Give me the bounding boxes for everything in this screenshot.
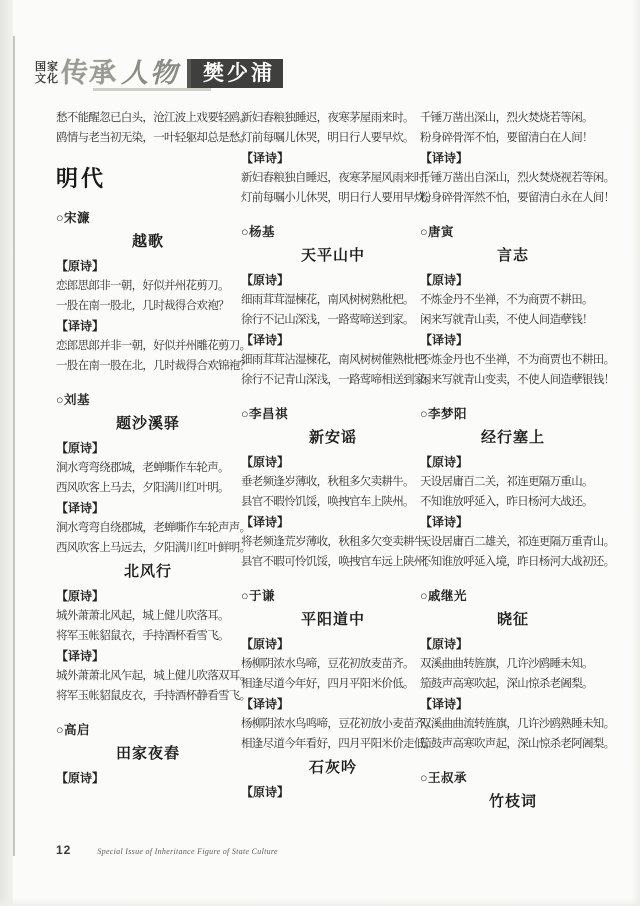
poem-line: 天设居庸百二雄关，祁连更隔万重青山。	[420, 532, 606, 552]
poem-line: 鸥情与老当初无染，一叶轻躯却总是愁。	[56, 128, 240, 148]
poem-section-label: 【原诗】	[420, 452, 606, 472]
scan-binding-line	[13, 36, 15, 856]
masthead-logo: 国家 文化 传承 人物 樊少浦	[35, 52, 283, 94]
poem-line: 笳鼓声高寒吹声起，深山惊杀老阿阇梨。	[420, 734, 606, 754]
poem-section-label: 【译诗】	[56, 646, 240, 666]
poem-line: 双溪曲曲流转旌旗，几许沙鸥熟睡未知。	[420, 714, 606, 734]
poem-title: 竹枝词	[420, 790, 606, 814]
poem-line: 千锤万凿出自深山，烈火焚烧视若等闲。	[420, 168, 606, 188]
poem-line: 不知谁放呼延入境，昨日杨河大战初还。	[420, 552, 606, 572]
poem-line: 细雨茸茸沾湿楝花，南风树树催熟枇杷。	[241, 350, 425, 370]
poem-line: 闲来写就青山卖，不使人间造孽钱！	[420, 310, 606, 330]
poem-line: 细雨茸茸湿楝花，南风树树熟枇杷。	[241, 290, 425, 310]
poet-name: ○王叔承	[420, 768, 606, 788]
poem-line: 千锤万凿出深山，烈火焚烧若等闲。	[420, 108, 606, 128]
poem-section-label: 【原诗】	[241, 452, 425, 472]
poem-section-label: 【原诗】	[420, 270, 606, 290]
scan-edge-left	[0, 0, 13, 906]
poem-line: 新妇舂粮独自睡迟，夜寒茅屋风雨来时。	[241, 168, 425, 188]
poem-section-label: 【原诗】	[420, 634, 606, 654]
poem-line: 杨柳阴浓水鸟鸣啼，豆花初放小麦苗齐。	[241, 714, 425, 734]
poet-name: ○戚继光	[420, 586, 606, 606]
logo-subtitle-bar	[93, 88, 211, 91]
poem-line: 徐行不记青山深浅，一路莺啼相送到家。	[241, 370, 425, 390]
poem-title: 北风行	[56, 560, 240, 584]
poet-name: ○李昌祺	[241, 404, 425, 424]
poem-line: 徐行不记山深浅，一路莺啼送到家。	[241, 310, 425, 330]
poem-line: 县官不暇怜饥馁，唤拽官车上陕州。	[241, 492, 425, 512]
poem-line: 城外萧萧北风乍起，城上健儿吹落双耳。	[56, 666, 240, 686]
poem-line: 将军玉帐貂鼠衣，手持酒杯看雪飞。	[56, 626, 240, 646]
poem-line: 粉身碎骨浑然不怕，要留清白永在人间！	[420, 188, 606, 208]
poem-line: 一股在南一股北，几时裁得合欢袍？	[56, 296, 240, 316]
poet-name: ○宋濂	[56, 208, 240, 228]
poem-line: 垂老频逢岁薄收，秋租多欠卖耕牛。	[241, 472, 425, 492]
poem-section-label: 【原诗】	[56, 768, 240, 788]
poem-section-label: 【译诗】	[420, 330, 606, 350]
poem-section-label: 【译诗】	[420, 148, 606, 168]
poem-section-label: 【原诗】	[56, 256, 240, 276]
scanned-page: 国家 文化 传承 人物 樊少浦 愁不能醒忽已白头，沧江波上戏要轻鸥。鸥情与老当初…	[0, 0, 640, 906]
poem-title: 题沙溪驿	[56, 412, 240, 436]
scan-edge-right	[632, 0, 640, 906]
poem-section-label: 【原诗】	[241, 270, 425, 290]
poem-section-label: 【译诗】	[241, 694, 425, 714]
poem-line: 不炼金丹不坐禅，不为商贾不耕田。	[420, 290, 606, 310]
poet-name: ○高启	[56, 720, 240, 740]
poem-line: 不知谁放呼延入，昨日杨河大战还。	[420, 492, 606, 512]
poem-line: 相逢尽道今年看好，四月平阳米价走低。	[241, 734, 425, 754]
poem-line: 将老频逢荒岁薄收，秋租多欠变卖耕牛。	[241, 532, 425, 552]
poem-section-label: 【译诗】	[420, 512, 606, 532]
poem-line: 涧水弯弯绕郡城，老蝉嘶作车轮声。	[56, 458, 240, 478]
poem-title: 晓征	[420, 608, 606, 632]
poem-title: 田家夜舂	[56, 742, 240, 766]
poem-line: 相逢尽道今年好，四月平阳米价低。	[241, 674, 425, 694]
poem-line: 灯前每嘱小儿休哭，明日行人要用早炊。	[241, 188, 425, 208]
dynasty-heading: 明代	[56, 164, 240, 194]
logo-country-culture: 国家 文化	[35, 61, 59, 85]
poem-section-label: 【原诗】	[56, 586, 240, 606]
footer-page-number: 12	[56, 843, 71, 857]
poem-section-label: 【原诗】	[241, 634, 425, 654]
poem-line: 粉身碎骨浑不怕，要留清白在人间！	[420, 128, 606, 148]
scan-edge-bottom	[0, 898, 640, 906]
poet-name: ○于谦	[241, 586, 425, 606]
poet-name: ○刘基	[56, 390, 240, 410]
poet-name: ○唐寅	[420, 222, 606, 242]
poem-line: 杨柳阴浓水鸟啼，豆花初放麦苗齐。	[241, 654, 425, 674]
poem-line: 新妇舂粮独睡迟，夜寒茅屋雨来时。	[241, 108, 425, 128]
poem-line: 西风吹客上马去，夕阳满川红叶明。	[56, 478, 240, 498]
poem-title: 平阳道中	[241, 608, 425, 632]
column-middle: 新妇舂粮独睡迟，夜寒茅屋雨来时。灯前每嘱儿休哭，明日行人要早炊。【译诗】新妇舂粮…	[241, 108, 425, 802]
poem-line: 县官不暇可怜饥馁，唤拽官车远上陕州。	[241, 552, 425, 572]
page-footer: 12 Special Issue of Inheritance Figure o…	[56, 843, 596, 861]
logo-country-text: 国家	[35, 61, 59, 73]
poet-name: ○杨基	[241, 222, 425, 242]
poem-line: 一股在南一股在北，几时裁得合欢锦袍？	[56, 356, 240, 376]
poem-title: 天平山中	[241, 244, 425, 268]
footer-journal-title: Special Issue of Inheritance Figure of S…	[97, 847, 278, 856]
poem-title: 言志	[420, 244, 606, 268]
poem-section-label: 【原诗】	[56, 438, 240, 458]
poem-title: 新安谣	[241, 426, 425, 450]
poem-line: 闲来写就青山变卖，不使人间造孽银钱！	[420, 370, 606, 390]
poem-section-label: 【译诗】	[241, 330, 425, 350]
column-right: 千锤万凿出深山，烈火焚烧若等闲。粉身碎骨浑不怕，要留清白在人间！【译诗】千锤万凿…	[420, 108, 606, 816]
poem-title: 越歌	[56, 230, 240, 254]
logo-name-box: 樊少浦	[187, 59, 283, 88]
poem-title: 石灰吟	[241, 756, 425, 780]
poem-line: 城外萧萧北风起，城上健儿吹落耳。	[56, 606, 240, 626]
logo-chuancheng-text: 传承	[61, 60, 117, 87]
poem-line: 双溪曲曲转旌旗，几许沙鸥睡未知。	[420, 654, 606, 674]
logo-culture-text: 文化	[35, 73, 59, 85]
poem-section-label: 【译诗】	[241, 512, 425, 532]
poet-name: ○李梦阳	[420, 404, 606, 424]
poem-line: 恋郎思郎非一朝，好似并州花剪刀。	[56, 276, 240, 296]
poem-line: 愁不能醒忽已白头，沧江波上戏要轻鸥。	[56, 108, 240, 128]
poem-section-label: 【译诗】	[56, 316, 240, 336]
column-left: 愁不能醒忽已白头，沧江波上戏要轻鸥。鸥情与老当初无染，一叶轻躯却总是愁。明代○宋…	[56, 108, 240, 788]
poem-line: 西风吹客上马远去，夕阳满川红叶鲜明。	[56, 538, 240, 558]
poem-line: 不炼金丹也不坐禅，不为商贾也不耕田。	[420, 350, 606, 370]
poem-line: 涧水弯弯自绕郡城，老蝉嘶作车轮声声。	[56, 518, 240, 538]
poem-section-label: 【译诗】	[420, 694, 606, 714]
poem-line: 灯前每嘱儿休哭，明日行人要早炊。	[241, 128, 425, 148]
poem-section-label: 【译诗】	[241, 148, 425, 168]
poem-section-label: 【译诗】	[56, 498, 240, 518]
poem-line: 将军玉帐貂鼠皮衣，手持酒杯静看雪飞。	[56, 686, 240, 706]
logo-renwu-text: 人物	[121, 60, 179, 87]
poem-line: 天设居庸百二关，祁连更隔万重山。	[420, 472, 606, 492]
poem-section-label: 【原诗】	[241, 782, 425, 802]
poem-line: 笳鼓声高寒吹起，深山惊杀老阇梨。	[420, 674, 606, 694]
poem-title: 经行塞上	[420, 426, 606, 450]
poem-line: 恋郎思郎并非一朝，好似并州雕花剪刀。	[56, 336, 240, 356]
